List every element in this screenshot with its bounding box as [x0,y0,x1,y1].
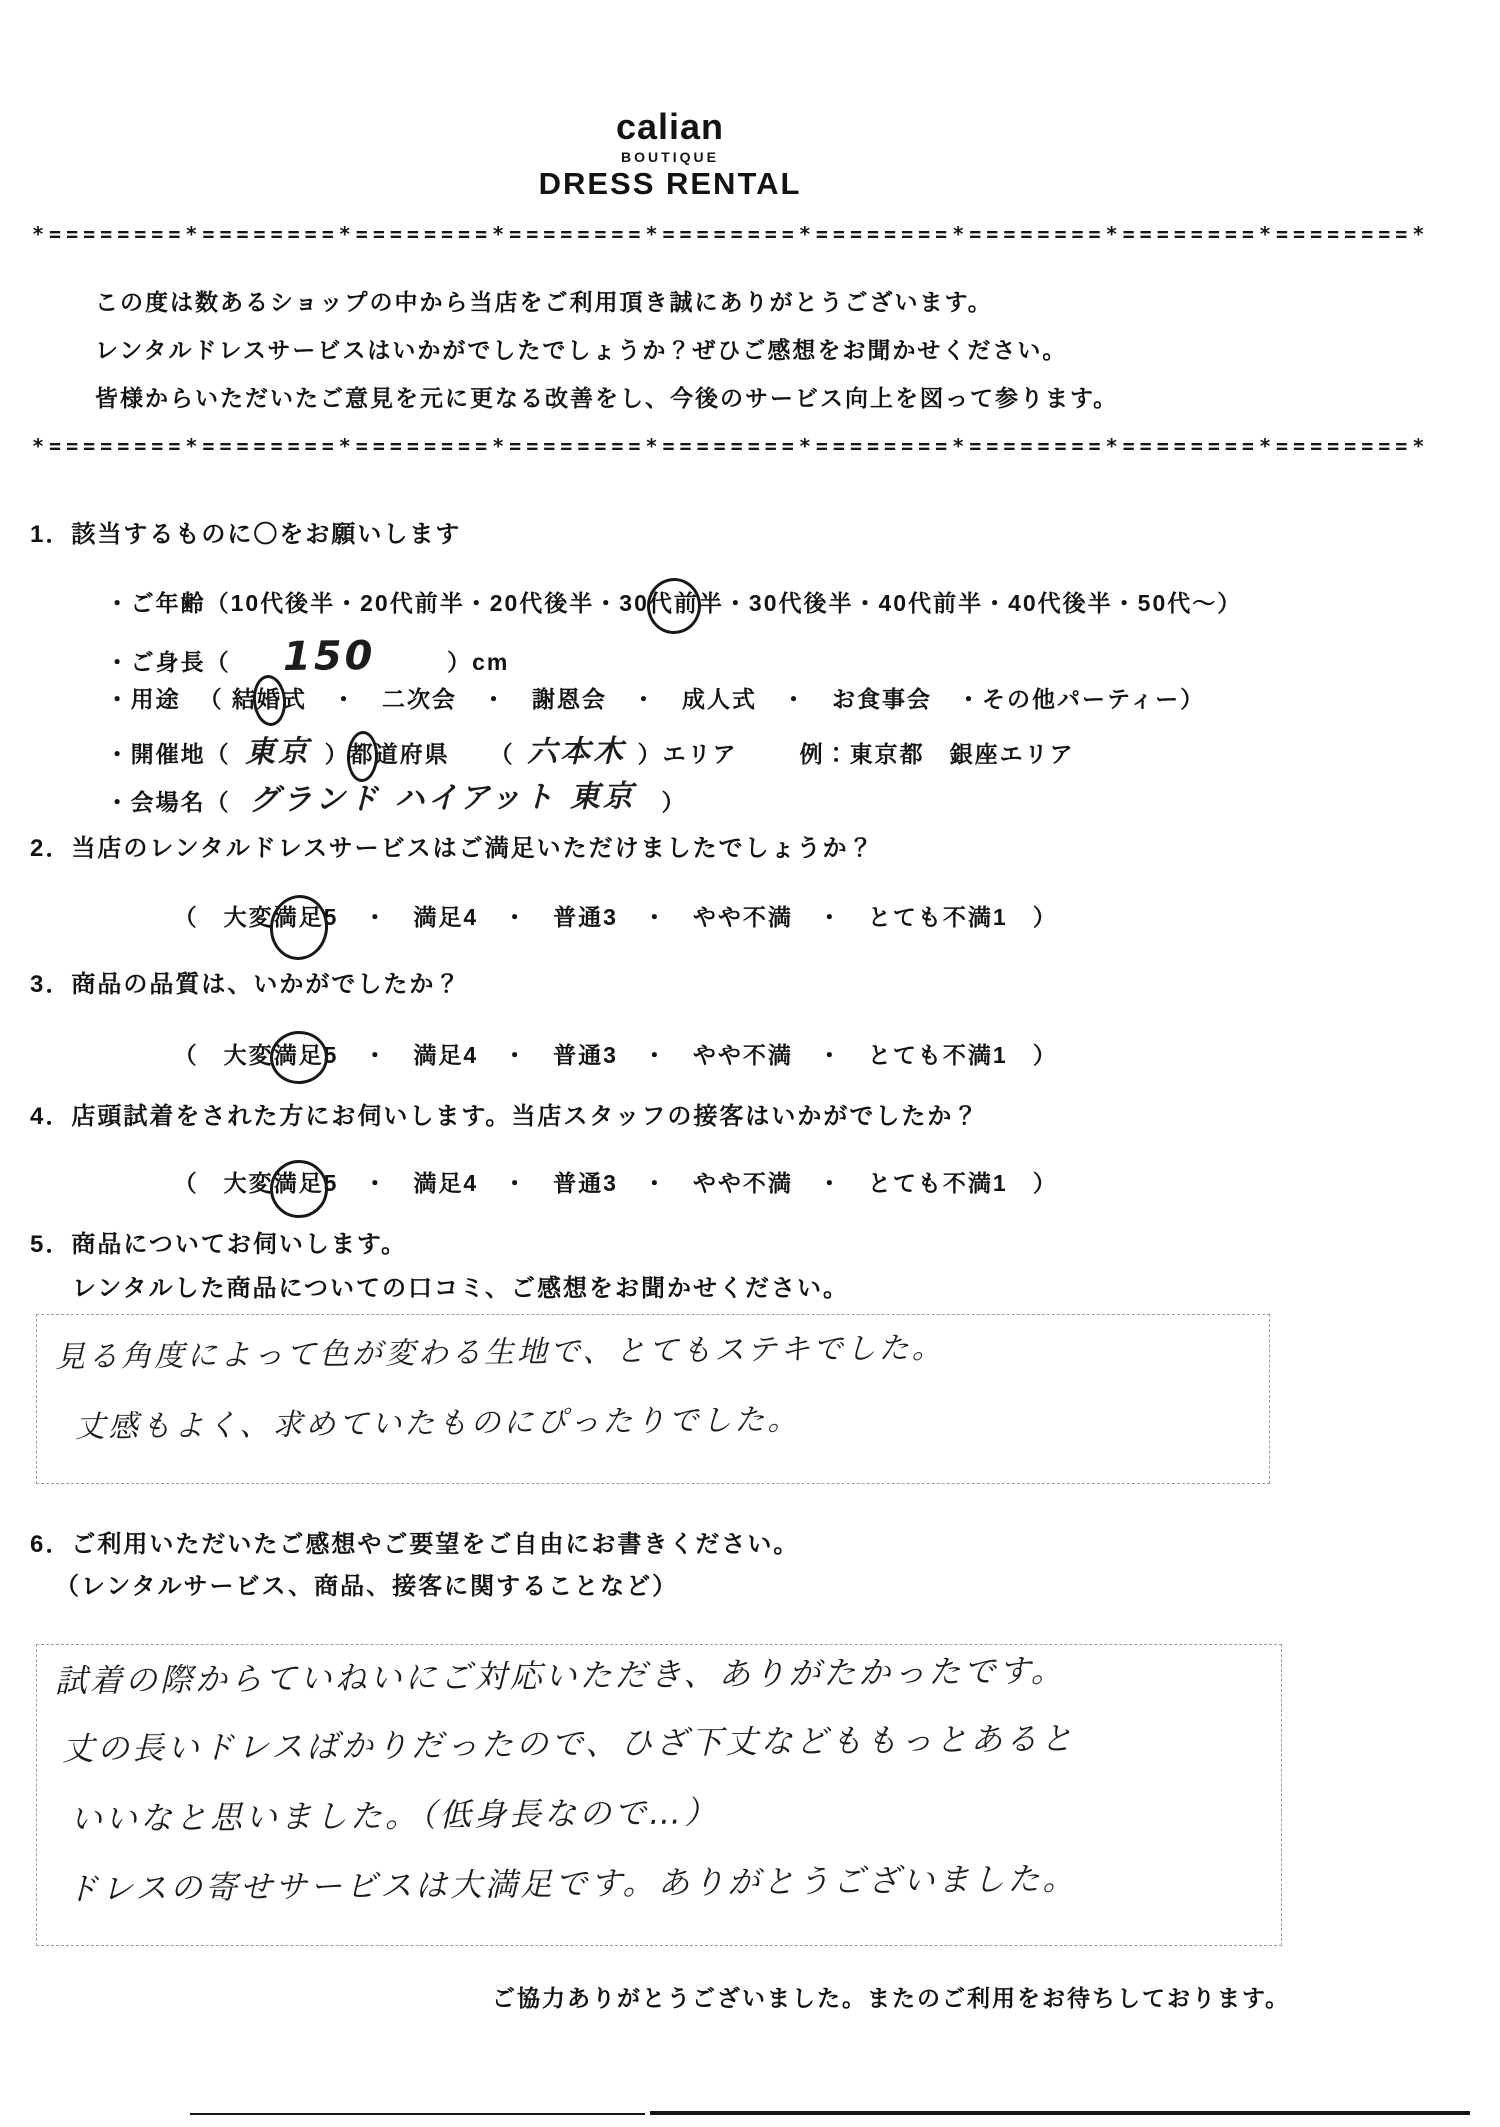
q5-title: 5．商品についてお伺いします。 [30,1224,407,1259]
q5-subtitle: レンタルした商品についての口コミ、ご感想をお聞かせください。 [72,1268,849,1303]
q2-scale-row: （ 大変満足5 ・ 満足4 ・ 普通3 ・ やや不満 ・ とても不満1 ） [140,872,1058,959]
q1-age-options-after: 半・30代後半・40代前半・40代後半・50代～） [699,590,1242,616]
q5-handwritten-line-2: 丈感もよく、求めていたものにぴったりでした。 [75,1394,801,1446]
q1-venue-paren-open: （ [206,789,231,815]
brand-sub-label: BOUTIQUE [420,149,920,165]
intro-line-3: 皆様からいただいたご意見を元に更なる改善をし、今後のサービス向上を図って参ります… [95,380,1118,413]
footer-thanks-text: ご協力ありがとうございました。またのご利用をお待ちしております。 [492,1980,1290,2013]
ascii-separator-top: *========*========*========*========*===… [32,222,1472,246]
brand-logo: calian [420,106,920,148]
q2-selection-circle: 満足 [274,899,324,932]
q4-scale-before: （ 大変 [174,1170,274,1196]
page-title: DRESS RENTAL [420,166,920,202]
survey-form-scan: calian BOUTIQUE DRESS RENTAL *========*=… [0,0,1500,2127]
scan-artifact-line-right [650,2111,1470,2115]
q1-venue-handwritten-value: グランド ハイアット 東京 [248,771,635,819]
q3-scale-after: 5 ・ 満足4 ・ 普通3 ・ やや不満 ・ とても不満1 ） [324,1042,1058,1068]
q3-selection-circle: 満足 [274,1037,324,1070]
q4-scale-row: （ 大変満足5 ・ 満足4 ・ 普通3 ・ やや不満 ・ とても不満1 ） [140,1138,1058,1225]
intro-line-1: この度は数あるショップの中から当店をご利用頂き誠にありがとうございます。 [95,284,993,317]
q2-title: 2．当店のレンタルドレスサービスはご満足いただけましたでしょうか？ [30,828,875,863]
q4-title: 4．店頭試着をされた方にお伺いします。当店スタッフの接客はいかがでしたか？ [30,1096,979,1131]
q1-age-selection-circle: 代前 [649,585,699,618]
q6-subtitle: （レンタルサービス、商品、接客に関することなど） [55,1566,678,1601]
q1-title: 1．該当するものに〇をお願いします [30,514,461,549]
q6-title: 6．ご利用いただいたご感想やご要望をご自由にお書きください。 [30,1524,799,1559]
q2-scale-before: （ 大変 [174,904,274,930]
q1-venue-paren-close: ） [661,789,686,815]
q5-handwritten-line-1: 見る角度によって色が変わる生地で、とてもステキでした。 [55,1323,945,1376]
q4-selection-circle: 満足 [274,1165,324,1198]
ascii-separator-bottom: *========*========*========*========*===… [32,434,1472,458]
q2-scale-after: 5 ・ 満足4 ・ 普通3 ・ やや不満 ・ とても不満1 ） [324,904,1058,930]
q3-title: 3．商品の品質は、いかがでしたか？ [30,964,461,999]
q4-scale-after: 5 ・ 満足4 ・ 普通3 ・ やや不満 ・ とても不満1 ） [324,1170,1058,1196]
q1-venue-label: ・会場名 [106,784,206,817]
q1-place-example: 例：東京都 銀座エリア [800,741,1075,767]
q6-handwritten-line-3: いいなと思いました。（低身長なので…） [70,1787,719,1840]
intro-line-2: レンタルドレスサービスはいかがでしたでしょうか？ぜひご感想をお聞かせください。 [95,332,1067,365]
q3-scale-before: （ 大変 [174,1042,274,1068]
q3-scale-row: （ 大変満足5 ・ 満足4 ・ 普通3 ・ やや不満 ・ とても不満1 ） [140,1010,1058,1097]
scan-artifact-line-left [190,2113,645,2115]
